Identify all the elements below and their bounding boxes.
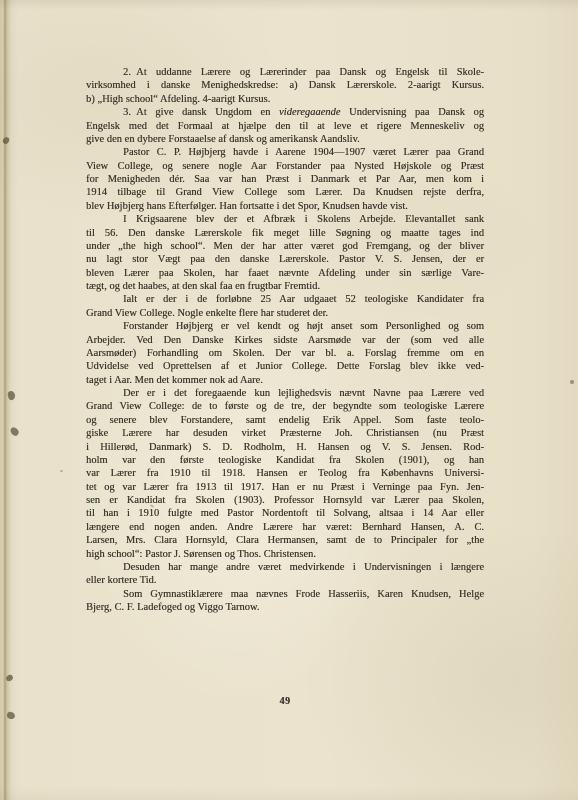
paragraph-war-years: I Krigsaarene blev der et Afbræk i Skole… xyxy=(86,213,484,293)
text-line: 2. At uddanne Lærere og Lærerinder paa D… xyxy=(86,66,484,79)
text-line: Arbejder. Ved Den Danske Kirkes sidste A… xyxy=(86,334,484,347)
text-line: tægt, og det haabes, at den skal faa en … xyxy=(86,280,484,293)
ink-speck xyxy=(7,390,16,401)
text-line: View College, og senere nogle Aar Forsta… xyxy=(86,160,484,173)
paragraph-hojbjerg-history: Pastor C. P. Højbjerg havde i Aarene 190… xyxy=(86,146,484,213)
text-line: high school“: Pastor J. Sørensen og Thos… xyxy=(86,548,484,561)
text-line: bleven Lærer paa Skolen, har faaet nævnt… xyxy=(86,267,484,280)
ink-speck xyxy=(60,470,63,472)
text-line: var Lærer fra 1910 til 1918. Hansen er T… xyxy=(86,467,484,480)
text-line: virksomhed i danske Menighedskredse: a) … xyxy=(86,79,484,92)
text-line: Bjerg, C. F. Ladefoged og Viggo Tarnow. xyxy=(86,601,484,614)
paragraph-item-3: 3. At give dansk Ungdom en videregaaende… xyxy=(86,106,484,146)
text-line: Larsen, Mrs. Clara Hornsyld, Clara Herma… xyxy=(86,534,484,547)
text-line: tet og var Lærer fra 1913 til 1917. Han … xyxy=(86,481,484,494)
paragraph-annual-meeting: Forstander Højbjerg er vel kendt og højt… xyxy=(86,320,484,387)
ink-speck xyxy=(5,674,14,683)
text-line: Grand View College. Nogle enkelte flere … xyxy=(86,307,484,320)
paragraph-others: Desuden har mange andre været medvirkend… xyxy=(86,561,484,588)
text-line: Der er i det foregaaende kun lejlighedsv… xyxy=(86,387,484,400)
text-line: under „the high school“. Men der har att… xyxy=(86,240,484,253)
text-line: Udvidelse ved Oprettelsen af et Junior C… xyxy=(86,360,484,373)
ink-speck xyxy=(2,136,10,145)
paragraph-teachers: Der er i det foregaaende kun lejlighedsv… xyxy=(86,387,484,561)
text-line: taget i Aar. Men det kommer nok ad Aare. xyxy=(86,374,484,387)
text-line: Pastor C. P. Højbjerg havde i Aarene 190… xyxy=(86,146,484,159)
text-line: holm var den første teologiske Kandidat … xyxy=(86,454,484,467)
text-line: Forstander Højbjerg er vel kendt og højt… xyxy=(86,320,484,333)
text-line: og senere blev Forstandere, samt endelig… xyxy=(86,414,484,427)
ink-speck xyxy=(570,380,574,384)
text-line: b) „High school“ Afdeling. 4-aarigt Kurs… xyxy=(86,93,484,106)
text-line: 1914 tilbage til Grand View College som … xyxy=(86,186,484,199)
ink-speck xyxy=(6,711,15,719)
text-line: nu lagt stor Vægt paa den danske Lærersk… xyxy=(86,253,484,266)
text-line: til 56. Den danske Lærerskole fik meget … xyxy=(86,227,484,240)
paragraph-gym-teachers: Som Gymnastiklærere maa nævnes Frode Has… xyxy=(86,588,484,615)
text-line: blev Højbjerg hans Efterfølger. Han fort… xyxy=(86,200,484,213)
scanned-book-page: 2. At uddanne Lærere og Lærerinder paa D… xyxy=(0,0,578,800)
text-line: 3. At give dansk Ungdom en videregaaende… xyxy=(86,106,484,119)
page-number: 49 xyxy=(86,696,484,707)
text-line: Desuden har mange andre været medvirkend… xyxy=(86,561,484,574)
text-line: Ialt er der i de forløbne 25 Aar udgaaet… xyxy=(86,293,484,306)
paragraph-candidates: Ialt er der i de forløbne 25 Aar udgaaet… xyxy=(86,293,484,320)
text-line: i Hillerød, Danmark) S. D. Rodholm, H. H… xyxy=(86,441,484,454)
text-line: I Krigsaarene blev der et Afbræk i Skole… xyxy=(86,213,484,226)
text-line: for Menigheden dér. Saa var han Præst i … xyxy=(86,173,484,186)
text-line: Engelsk med det Formaal at hjælpe den ti… xyxy=(86,120,484,133)
paragraph-item-2: 2. At uddanne Lærere og Lærerinder paa D… xyxy=(86,66,484,106)
text-line: Grand View College: de to første og de t… xyxy=(86,400,484,413)
text-line: til han i 1910 fulgte med Pastor Nordent… xyxy=(86,507,484,520)
ink-speck xyxy=(9,426,20,437)
text-line: giske Lærere har desuden virket Præstern… xyxy=(86,427,484,440)
text-line: give den en dybere Forstaaelse af dansk … xyxy=(86,133,484,146)
text-line: Aarsmøder) Forhandling om Skolen. Der va… xyxy=(86,347,484,360)
text-line: sen er Kandidat fra Skolen (1903). Profe… xyxy=(86,494,484,507)
page-text: 2. At uddanne Lærere og Lærerinder paa D… xyxy=(86,66,484,614)
text-line: eller kortere Tid. xyxy=(86,574,484,587)
text-line: længere end nogen anden. Andre Lærere ha… xyxy=(86,521,484,534)
text-line: Som Gymnastiklærere maa nævnes Frode Has… xyxy=(86,588,484,601)
